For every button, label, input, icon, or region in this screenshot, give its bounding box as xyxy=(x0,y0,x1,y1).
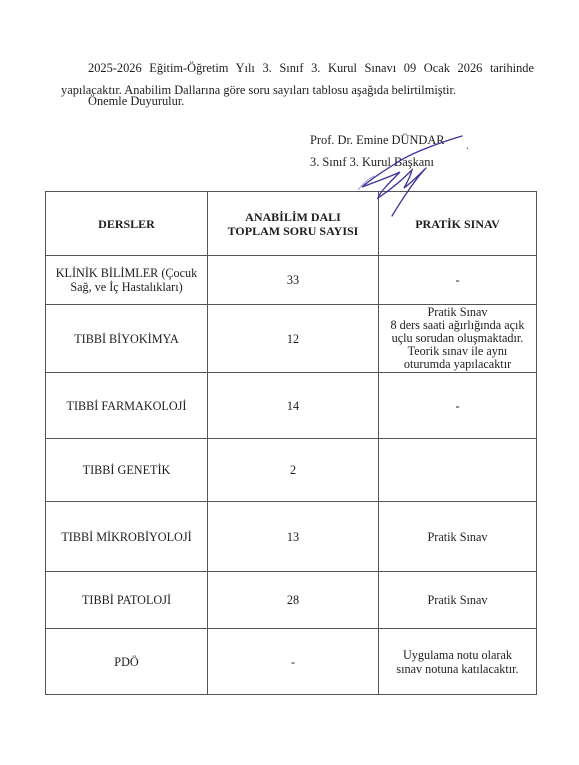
course-name: TIBBİ BİYOKİMYA xyxy=(46,305,208,373)
practical-exam: Pratik Sınav xyxy=(379,502,537,572)
course-name: PDÖ xyxy=(46,629,208,695)
question-count: - xyxy=(208,629,379,695)
signatory-name: Prof. Dr. Emine DÜNDAR xyxy=(310,133,445,148)
course-name: TIBBİ FARMAKOLOJİ xyxy=(46,373,208,439)
question-count: 12 xyxy=(208,305,379,373)
question-count: 13 xyxy=(208,502,379,572)
practical-exam: - xyxy=(379,373,537,439)
table-row: TIBBİ FARMAKOLOJİ 14 - xyxy=(46,373,537,439)
header-practical-exam: PRATİK SINAV xyxy=(379,192,537,256)
course-name: KLİNİK BİLİMLER (Çocuk Sağ, ve İç Hastal… xyxy=(46,256,208,305)
practical-exam: Pratik Sınav xyxy=(379,572,537,629)
course-name: TIBBİ MİKROBİYOLOJİ xyxy=(46,502,208,572)
announcement-line-1: 2025-2026 Eğitim-Öğretim Yılı 3. Sınıf 3… xyxy=(61,57,534,79)
header-courses: DERSLER xyxy=(46,192,208,256)
signatory-title: 3. Sınıf 3. Kurul Başkanı xyxy=(310,155,434,170)
question-count: 2 xyxy=(208,439,379,502)
table-row: TIBBİ MİKROBİYOLOJİ 13 Pratik Sınav xyxy=(46,502,537,572)
question-count: 14 xyxy=(208,373,379,439)
question-count: 28 xyxy=(208,572,379,629)
notice-text: Önemle Duyurulur. xyxy=(88,94,184,109)
table-header-row: DERSLER ANABİLİM DALI TOPLAM SORU SAYISI… xyxy=(46,192,537,256)
practical-exam: Pratik Sınav 8 ders saati ağırlığında aç… xyxy=(379,305,537,373)
practical-exam xyxy=(379,439,537,502)
question-count-table: DERSLER ANABİLİM DALI TOPLAM SORU SAYISI… xyxy=(45,191,537,695)
question-count: 33 xyxy=(208,256,379,305)
table-row: PDÖ - Uygulama notu olarak sınav notuna … xyxy=(46,629,537,695)
table-row: TIBBİ GENETİK 2 xyxy=(46,439,537,502)
course-name: TIBBİ GENETİK xyxy=(46,439,208,502)
ink-dot: . xyxy=(466,138,469,153)
header-question-count: ANABİLİM DALI TOPLAM SORU SAYISI xyxy=(208,192,379,256)
practical-exam: - xyxy=(379,256,537,305)
course-name: TIBBİ PATOLOJİ xyxy=(46,572,208,629)
table-row: TIBBİ PATOLOJİ 28 Pratik Sınav xyxy=(46,572,537,629)
table-row: KLİNİK BİLİMLER (Çocuk Sağ, ve İç Hastal… xyxy=(46,256,537,305)
practical-exam: Uygulama notu olarak sınav notuna katıla… xyxy=(379,629,537,695)
table-row: TIBBİ BİYOKİMYA 12 Pratik Sınav 8 ders s… xyxy=(46,305,537,373)
